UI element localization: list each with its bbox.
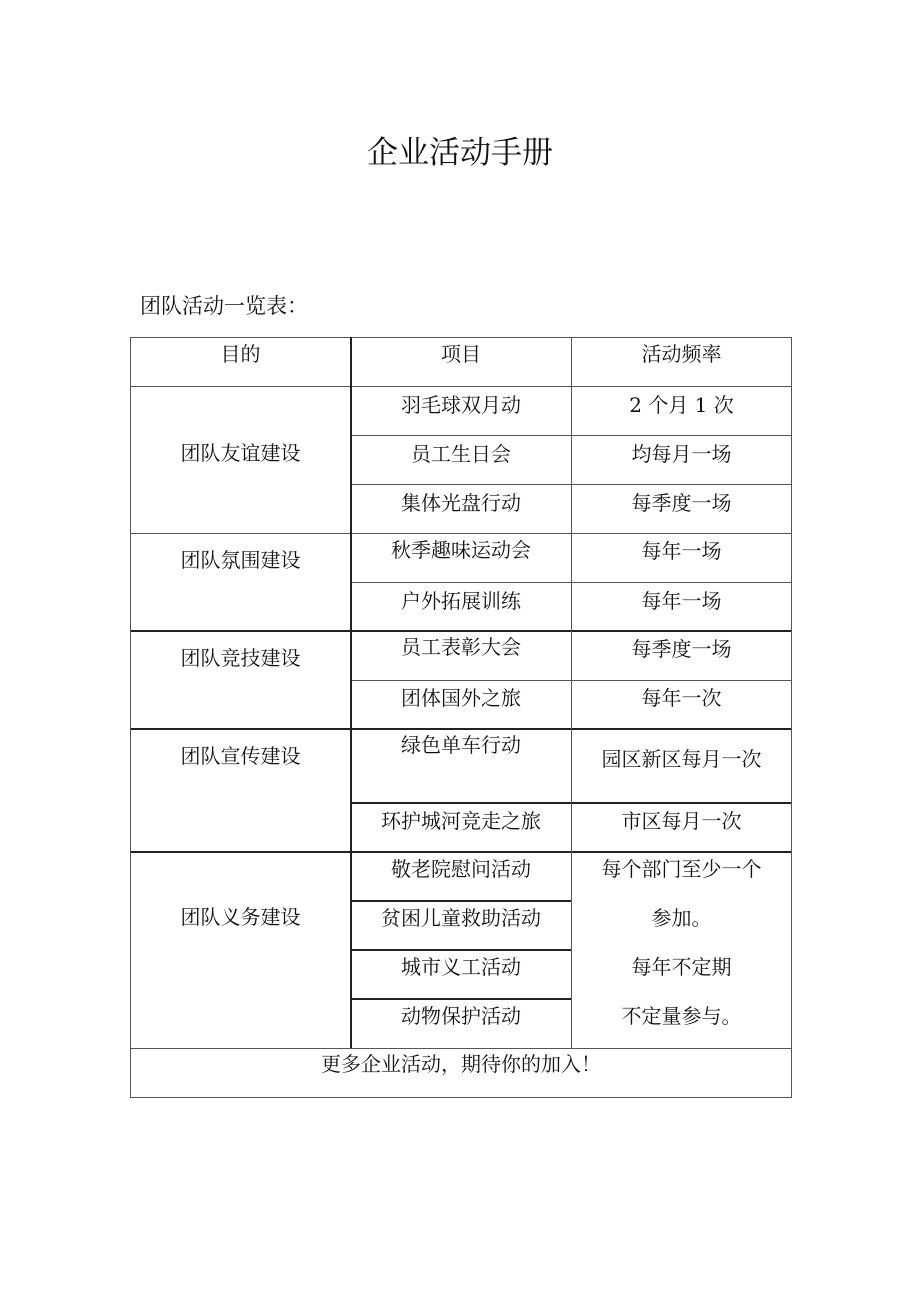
- header-project: 项目: [351, 339, 571, 369]
- frequency-cell: 2 个月 1 次: [571, 390, 792, 420]
- purpose-cell: 团队宣传建设: [130, 741, 351, 771]
- table-divider: [130, 533, 792, 534]
- shared-frequency-line: 参加。: [571, 903, 792, 933]
- purpose-cell: 团队竞技建设: [130, 643, 351, 673]
- frequency-cell: 每年一场: [571, 586, 792, 616]
- shared-frequency-line: 每年不定期: [571, 952, 792, 982]
- table-divider: [130, 851, 792, 853]
- project-cell: 动物保护活动: [351, 1001, 571, 1031]
- project-cell: 绿色单车行动: [351, 730, 571, 760]
- frequency-cell: 市区每月一次: [571, 806, 792, 836]
- project-cell: 城市义工活动: [351, 952, 571, 982]
- table-border: [130, 1097, 792, 1098]
- header-purpose: 目的: [130, 339, 351, 369]
- frequency-cell: 每季度一场: [571, 488, 792, 518]
- table-divider: [351, 998, 571, 1000]
- purpose-cell: 团队义务建设: [130, 902, 351, 932]
- table-divider: [351, 949, 571, 951]
- header-frequency: 活动频率: [571, 339, 792, 369]
- project-cell: 员工生日会: [351, 439, 571, 469]
- activity-table: 目的 项目 活动频率 团队友谊建设 羽毛球双月动 2 个月 1 次 员工生日会 …: [130, 337, 792, 1098]
- table-footer: 更多企业活动，期待你的加入！: [130, 1049, 792, 1079]
- project-cell: 环护城河竞走之旅: [351, 806, 571, 836]
- project-cell: 集体光盘行动: [351, 488, 571, 518]
- frequency-cell: 均每月一场: [571, 439, 792, 469]
- shared-frequency-line: 每个部门至少一个: [571, 854, 792, 884]
- table-border: [130, 337, 792, 338]
- document-title: 企业活动手册: [0, 130, 920, 176]
- project-cell: 秋季趣味运动会: [351, 535, 571, 565]
- frequency-cell: 每年一次: [571, 683, 792, 713]
- project-cell: 贫困儿童救助活动: [351, 903, 571, 933]
- project-cell: 敬老院慰问活动: [351, 854, 571, 884]
- project-cell: 员工表彰大会: [351, 632, 571, 662]
- frequency-cell: 园区新区每月一次: [571, 744, 792, 774]
- project-cell: 户外拓展训练: [351, 586, 571, 616]
- shared-frequency-line: 不定量参与。: [571, 1001, 792, 1031]
- table-divider: [351, 900, 571, 902]
- section-label: 团队活动一览表：: [140, 290, 308, 322]
- table-divider: [130, 386, 792, 387]
- purpose-cell: 团队友谊建设: [130, 438, 351, 468]
- purpose-cell: 团队氛围建设: [130, 545, 351, 575]
- frequency-cell: 每季度一场: [571, 634, 792, 664]
- frequency-cell: 每年一场: [571, 536, 792, 566]
- project-cell: 羽毛球双月动: [351, 390, 571, 420]
- project-cell: 团体国外之旅: [351, 683, 571, 713]
